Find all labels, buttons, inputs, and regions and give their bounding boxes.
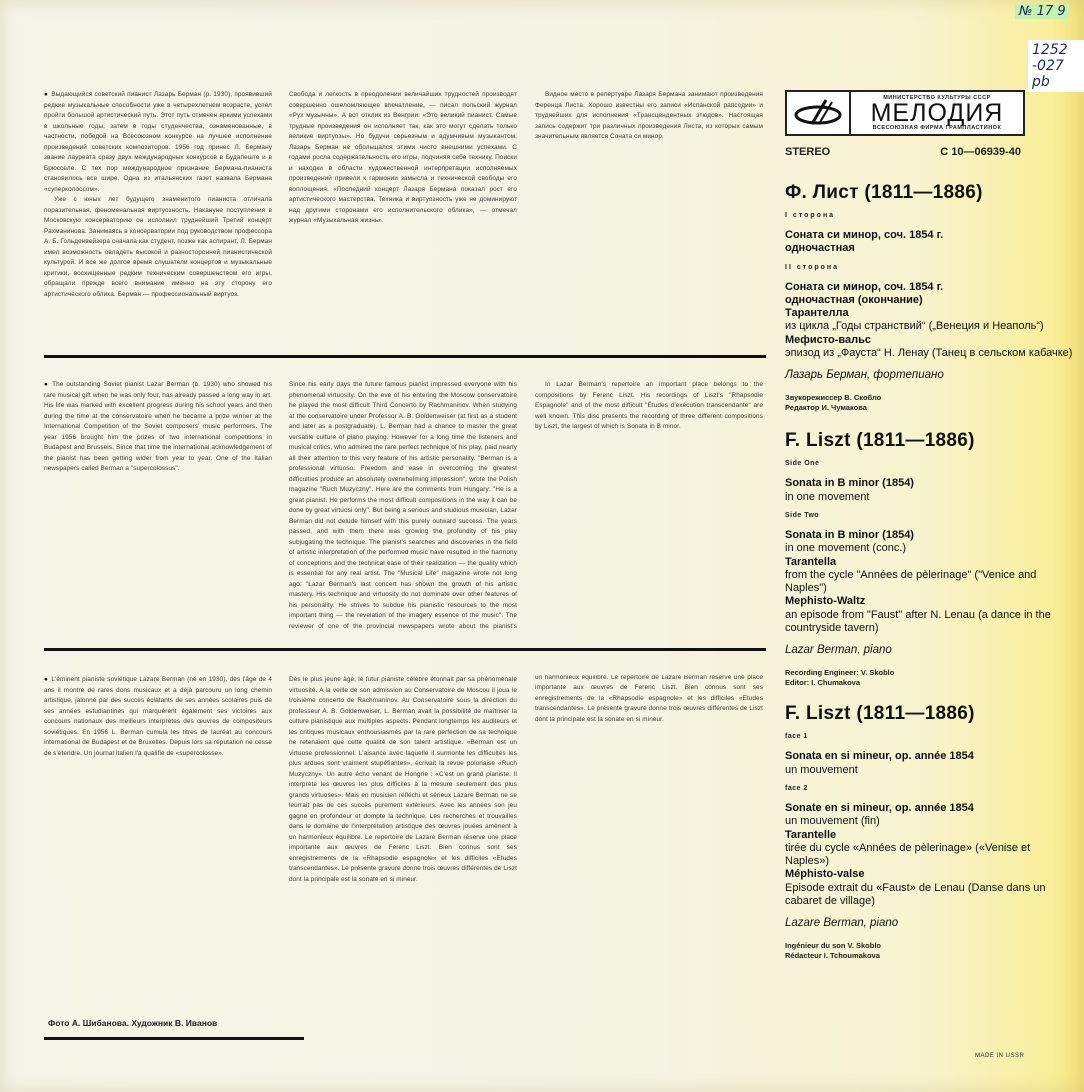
performer-credit: Lazar Berman, piano (785, 644, 1075, 656)
track-list: Sonate en si mineur, op. année 1854un mo… (785, 802, 1075, 908)
track-title: Соната си минор, соч. 1854 г.одночастная (785, 229, 1075, 256)
track-title: Sonata in B minor (1854)in one movement (785, 477, 1075, 504)
handwritten-id: 1252 (1032, 42, 1080, 58)
notes-en-col2: Since his early days the future famous p… (289, 380, 517, 630)
performer-credit: Лазарь Берман, фортепиано (785, 369, 1075, 381)
brand-name: МЕЛОДИЯ (871, 101, 1004, 125)
performer-credit: Lazare Berman, piano (785, 917, 1075, 929)
melodiya-logo: МИНИСТЕРСТВО КУЛЬТУРЫ СССР МЕЛОДИЯ ВСЕСО… (785, 90, 1025, 136)
notes-en-col3: In Lazar Berman's repertoire an importan… (535, 380, 763, 433)
handwritten-ids: 1252 -027 pb (1028, 40, 1084, 92)
side-label: II сторона (785, 264, 1075, 271)
side-label: I сторона (785, 212, 1075, 219)
notes-ru-col2: Свобода и легкость в преодолении величай… (289, 90, 517, 227)
notes-ru-col3: Видное место в репертуаре Лазаря Бермана… (535, 90, 763, 143)
side-label: Side One (785, 460, 1075, 467)
notes-ru-col1: ●Выдающийся советский пианист Лазарь Бер… (44, 90, 272, 300)
side-label: face 1 (785, 733, 1075, 740)
made-in-label: MADE IN USSR (975, 1053, 1024, 1059)
track-list: Соната си минор, соч. 1854 г.одночастная… (785, 281, 1075, 361)
catalog-number: С 10—06939-40 (940, 146, 1021, 158)
divider-rule (44, 648, 766, 651)
photo-artist-credits: Фото А. Шибанова. Художник В. Иванов (48, 1018, 217, 1028)
stereo-label: STEREO (785, 146, 830, 158)
notes-fr-col3: Dès le plus jeune âge, le futur pianiste… (535, 675, 763, 735)
track-list: Sonata in B minor (1854)in one movement … (785, 529, 1075, 635)
staff-credits: Ingénieur du son V. SkobloRédacteur I. T… (785, 941, 1075, 960)
composer-heading-en: F. Liszt (1811—1886) (785, 430, 1075, 452)
staff-credits: Recording Engineer: V. SkobloEditor: I. … (785, 668, 1075, 687)
divider-rule (44, 355, 766, 358)
handwritten-id: -027 pb (1032, 58, 1080, 90)
side-label: face 2 (785, 785, 1075, 792)
notes-en-col1: ●The outstanding Soviet pianist Lazar Be… (44, 380, 272, 475)
composer-heading-fr: F. Liszt (1811—1886) (785, 703, 1075, 725)
notes-fr-col1: ●L'éminent pianiste soviétique Lazare Be… (44, 675, 272, 920)
composer-heading-ru: Ф. Лист (1811—1886) (785, 182, 1075, 204)
notes-fr-col2: Dès le plus jeune âge, le futur pianiste… (289, 675, 517, 920)
tracklist-panel: МИНИСТЕРСТВО КУЛЬТУРЫ СССР МЕЛОДИЯ ВСЕСО… (785, 90, 1075, 960)
track-title: Sonata en si mineur, op. année 1854un mo… (785, 750, 1075, 777)
melodiya-emblem-icon (787, 92, 851, 134)
bullet-icon: ● (44, 676, 48, 683)
bullet-icon: ● (44, 381, 49, 388)
side-label: Side Two (785, 512, 1075, 519)
divider-rule (44, 1037, 304, 1040)
staff-credits: Звукорежиссер В. СкоблоРедактор И. Чумак… (785, 393, 1075, 412)
handwritten-note-top: № 17 9 (1015, 4, 1070, 19)
firm-text: ВСЕСОЮЗНАЯ ФИРМА ГРАМПЛАСТИНОК (873, 125, 1002, 131)
bullet-icon: ● (44, 91, 48, 98)
